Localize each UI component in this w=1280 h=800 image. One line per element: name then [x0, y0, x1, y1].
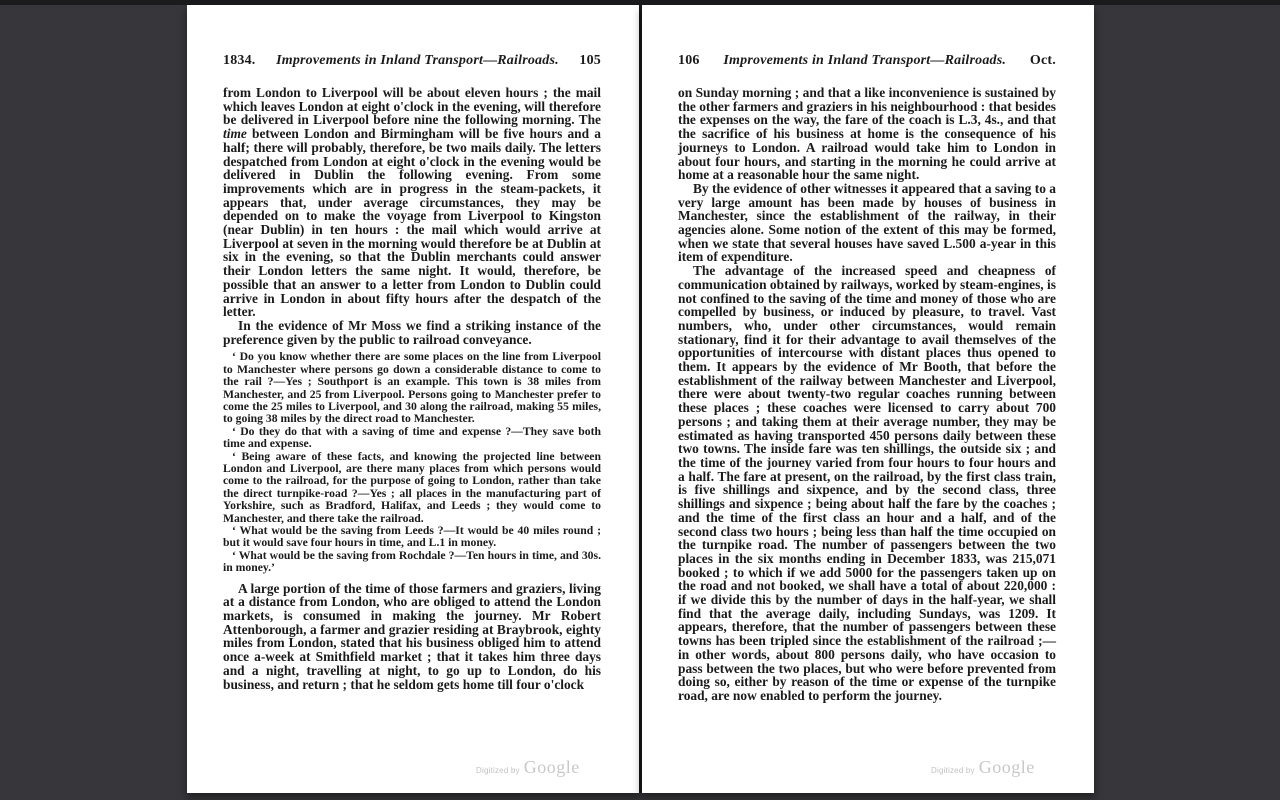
body-paragraph: By the evidence of other witnesses it ap…	[678, 182, 1056, 264]
running-title: Improvements in Inland Transport—Railroa…	[723, 53, 1006, 69]
body-paragraph: In the evidence of Mr Moss we find a str…	[223, 319, 601, 346]
text-segment: from London to Liverpool will be about e…	[223, 85, 601, 127]
page-left-content: 1834. Improvements in Inland Transport—R…	[187, 5, 639, 691]
text-segment: ‘ Being aware of these facts, and knowin…	[223, 450, 601, 525]
text-segment: The advantage of the increased speed and…	[678, 263, 1056, 703]
digitized-by-google-watermark: Digitized by Google	[931, 757, 1035, 778]
quote-paragraph: ‘ What would be the saving from Leeds ?—…	[223, 525, 601, 550]
text-column-right: on Sunday morning ; and that a like inco…	[678, 86, 1056, 703]
scanned-page-left: 1834. Improvements in Inland Transport—R…	[187, 5, 639, 793]
page-number: 106	[678, 53, 700, 69]
body-paragraph: The advantage of the increased speed and…	[678, 264, 1056, 703]
page-right-content: 106 Improvements in Inland Transport—Rai…	[642, 5, 1094, 703]
google-logo: Google	[979, 757, 1035, 778]
book-viewer-backdrop: 1834. Improvements in Inland Transport—R…	[0, 0, 1280, 800]
scanned-page-right: 106 Improvements in Inland Transport—Rai…	[642, 5, 1094, 793]
text-segment: In the evidence of Mr Moss we find a str…	[223, 318, 601, 347]
quote-paragraph: ‘ Do they do that with a saving of time …	[223, 426, 601, 451]
page-number: 105	[579, 53, 601, 69]
page-spread: 1834. Improvements in Inland Transport—R…	[187, 5, 1094, 793]
text-segment: ‘ What would be the saving from Rochdale…	[223, 549, 601, 574]
quote-paragraph: ‘ Do you know whether there are some pla…	[223, 351, 601, 425]
text-column-left: from London to Liverpool will be about e…	[223, 86, 601, 691]
text-segment: on Sunday morning ; and that a like inco…	[678, 85, 1056, 182]
running-head-left: 1834. Improvements in Inland Transport—R…	[223, 53, 601, 69]
text-segment: ‘ Do you know whether there are some pla…	[223, 350, 601, 425]
running-head-right: 106 Improvements in Inland Transport—Rai…	[678, 53, 1056, 69]
body-paragraph: A large portion of the time of those far…	[223, 582, 601, 692]
digitized-by-label: Digitized by	[476, 766, 520, 775]
google-logo: Google	[524, 757, 580, 778]
quote-paragraph: ‘ What would be the saving from Rochdale…	[223, 550, 601, 575]
text-segment: ‘ Do they do that with a saving of time …	[223, 425, 601, 450]
text-segment: A large portion of the time of those far…	[223, 581, 601, 692]
text-segment: By the evidence of other witnesses it ap…	[678, 181, 1056, 265]
body-paragraph: from London to Liverpool will be about e…	[223, 86, 601, 319]
month-label: Oct.	[1030, 53, 1056, 69]
digitized-by-google-watermark: Digitized by Google	[476, 757, 580, 778]
quote-paragraph: ‘ Being aware of these facts, and knowin…	[223, 451, 601, 525]
text-segment: between London and Birmingham will be fi…	[223, 126, 601, 319]
running-title: Improvements in Inland Transport—Railroa…	[276, 53, 559, 69]
year-label: 1834.	[223, 53, 256, 69]
text-segment: ‘ What would be the saving from Leeds ?—…	[223, 524, 601, 549]
digitized-by-label: Digitized by	[931, 766, 975, 775]
body-paragraph: on Sunday morning ; and that a like inco…	[678, 86, 1056, 182]
